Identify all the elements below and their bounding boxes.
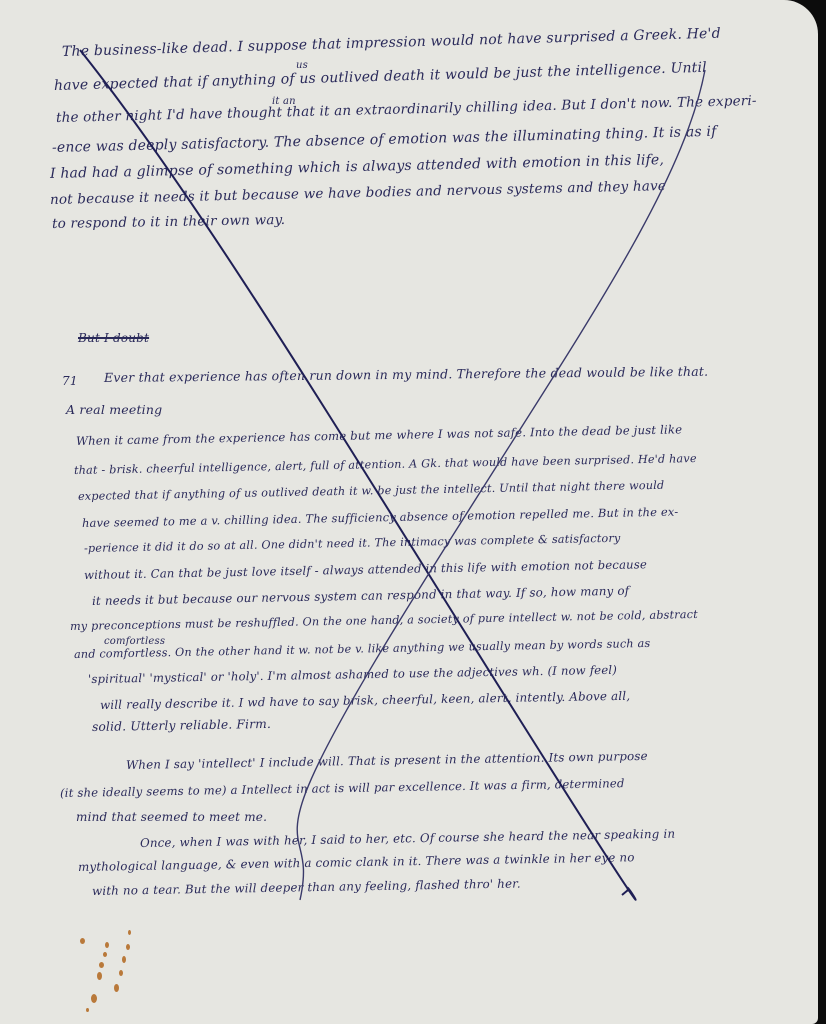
text-line: When I say 'intellect' I include will. T… <box>126 749 648 772</box>
text-line: The business-like dead. I suppose that i… <box>62 26 721 60</box>
deleted-heading: But I doubt <box>78 331 149 345</box>
text-line: have expected that if anything of us out… <box>54 60 707 94</box>
text-line: Ever that experience has often run down … <box>104 364 708 385</box>
text-line: the other night I'd have thought that it… <box>56 93 757 126</box>
text-line: that - brisk. cheerful intelligence, ale… <box>74 452 697 477</box>
text-line: When it came from the experience has com… <box>76 422 682 448</box>
text-line: I had had a glimpse of something which i… <box>50 152 664 182</box>
text-line: (it she ideally seems to me) a Intellect… <box>60 776 625 800</box>
text-line: have seemed to me a v. chilling idea. Th… <box>82 505 679 530</box>
text-line: mind that seemed to meet me. <box>76 810 267 824</box>
text-line: Once, when I was with her, I said to her… <box>140 827 675 850</box>
text-line: with no a tear. But the will deeper than… <box>92 877 521 898</box>
text-line: my preconceptions must be reshuffled. On… <box>70 608 698 633</box>
text-line: expected that if anything of us outlived… <box>78 479 665 503</box>
text-line: -perience it did it do so at all. One di… <box>84 532 621 555</box>
insertion-note: comfortless <box>104 636 165 647</box>
margin-mark: 71 <box>62 374 78 388</box>
text-line: 'spiritual' 'mystical' or 'holy'. I'm al… <box>88 663 617 686</box>
text-line: not because it needs it but because we h… <box>50 178 666 208</box>
text-line: -ence was deeply satisfactory. The absen… <box>52 124 717 156</box>
text-line: will really describe it. I wd have to sa… <box>100 689 630 712</box>
text-line: without it. Can that be just love itself… <box>84 557 647 582</box>
text-line: to respond to it in their own way. <box>52 212 285 232</box>
text-line: solid. Utterly reliable. Firm. <box>92 717 271 734</box>
text-line: mythological language, & even with a com… <box>78 850 635 874</box>
manuscript-page: The business-like dead. I suppose that i… <box>0 0 818 1024</box>
text-line: A real meeting <box>66 402 162 417</box>
text-line: it needs it but because our nervous syst… <box>92 584 630 608</box>
insertion-note: us <box>296 60 308 71</box>
